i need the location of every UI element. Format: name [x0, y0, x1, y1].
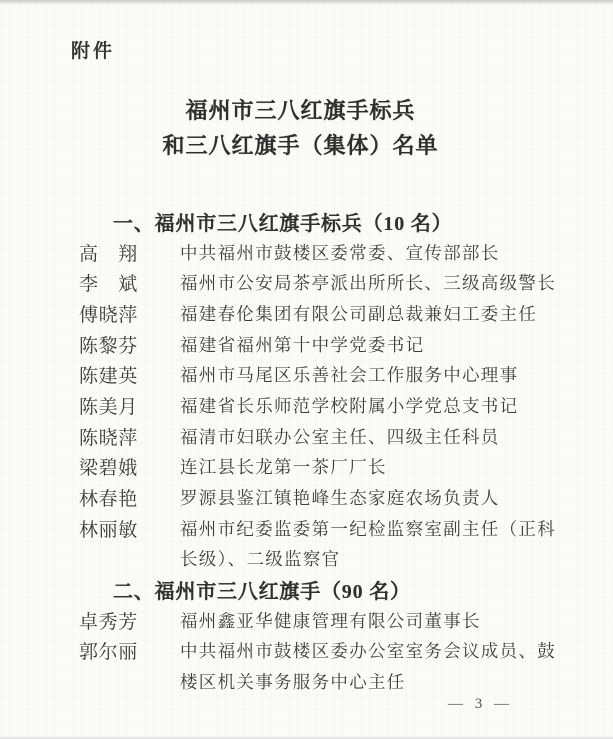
- entry-name: 陈建英: [79, 359, 180, 390]
- entry-name: 梁碧娥: [79, 452, 180, 483]
- list-entry: 林丽敏 福州市纪委监委第一纪检监察室副主任（正科 长级）、二级监察官: [0, 513, 613, 574]
- document-body: 一、福州市三八红旗手标兵（10 名） 高 翔 中共福州市鼓楼区委常委、宣传部部长…: [0, 206, 613, 697]
- page-number: — 3 —: [448, 696, 513, 713]
- entry-name: 傅晓萍: [79, 298, 180, 329]
- entry-description-line: 福州市公安局茶亭派出所所长、三级高级警长: [180, 267, 613, 298]
- document-title: 福州市三八红旗手标兵 和三八红旗手（集体）名单: [0, 93, 607, 163]
- section-2-heading: 二、福州市三八红旗手（90 名）: [0, 574, 613, 605]
- entry-description-line: 福州市马尾区乐善社会工作服务中心理事: [180, 359, 613, 390]
- entry-description-line: 中共福州市鼓楼区委常委、宣传部部长: [180, 237, 613, 268]
- scan-edge-top: [0, 0, 613, 5]
- entry-name: 郭尔丽: [79, 636, 180, 667]
- entry-name: 陈美月: [79, 390, 180, 421]
- entry-description: 福州市公安局茶亭派出所所长、三级高级警长: [180, 267, 613, 298]
- list-entry: 卓秀芳 福州鑫亚华健康管理有限公司董事长: [0, 605, 613, 636]
- entry-description: 福州市纪委监委第一纪检监察室副主任（正科 长级）、二级监察官: [180, 513, 613, 574]
- entry-description: 福清市妇联办公室主任、四级主任科员: [180, 421, 613, 452]
- entry-description: 福州市马尾区乐善社会工作服务中心理事: [180, 359, 613, 390]
- list-entry: 高 翔 中共福州市鼓楼区委常委、宣传部部长: [0, 237, 613, 268]
- document-title-line1: 福州市三八红旗手标兵: [0, 93, 607, 128]
- entry-name: 陈晓萍: [79, 421, 180, 452]
- document-title-line2: 和三八红旗手（集体）名单: [0, 128, 607, 163]
- entry-description-line: 福州鑫亚华健康管理有限公司董事长: [180, 605, 613, 636]
- scanned-document-page: 附件 福州市三八红旗手标兵 和三八红旗手（集体）名单 一、福州市三八红旗手标兵（…: [0, 0, 613, 739]
- entry-name: 卓秀芳: [79, 605, 180, 636]
- entry-description-line: 中共福州市鼓楼区委办公室室务会议成员、鼓: [180, 636, 613, 667]
- list-entry: 梁碧娥 连江县长龙第一茶厂厂长: [0, 452, 613, 483]
- entry-name: 陈黎芬: [79, 329, 180, 360]
- list-entry: 陈美月 福建省长乐师范学校附属小学党总支书记: [0, 390, 613, 421]
- list-entry: 李 斌 福州市公安局茶亭派出所所长、三级高级警长: [0, 267, 613, 298]
- entry-name: 林丽敏: [79, 513, 180, 544]
- entry-description-line: 福清市妇联办公室主任、四级主任科员: [180, 421, 613, 452]
- section-1-heading: 一、福州市三八红旗手标兵（10 名）: [0, 206, 613, 237]
- entry-name: 李 斌: [79, 267, 180, 298]
- entry-description-line: 楼区机关事务服务中心主任: [180, 666, 613, 697]
- list-entry: 林春艳 罗源县鉴江镇艳峰生态家庭农场负责人: [0, 482, 613, 513]
- list-entry: 陈黎芬 福建省福州第十中学党委书记: [0, 329, 613, 360]
- entry-description: 中共福州市鼓楼区委常委、宣传部部长: [180, 237, 613, 268]
- list-entry: 陈建英 福州市马尾区乐善社会工作服务中心理事: [0, 359, 613, 390]
- list-entry: 傅晓萍 福建春伦集团有限公司副总裁兼妇工委主任: [0, 298, 613, 329]
- entry-name: 高 翔: [79, 237, 180, 268]
- entry-description: 福州鑫亚华健康管理有限公司董事长: [180, 605, 613, 636]
- entry-description: 福建省长乐师范学校附属小学党总支书记: [180, 390, 613, 421]
- entry-description: 中共福州市鼓楼区委办公室室务会议成员、鼓 楼区机关事务服务中心主任: [180, 636, 613, 697]
- entry-description-line: 罗源县鉴江镇艳峰生态家庭农场负责人: [180, 482, 613, 513]
- entry-description-line: 福建省长乐师范学校附属小学党总支书记: [180, 390, 613, 421]
- list-entry: 陈晓萍 福清市妇联办公室主任、四级主任科员: [0, 421, 613, 452]
- list-entry: 郭尔丽 中共福州市鼓楼区委办公室室务会议成员、鼓 楼区机关事务服务中心主任: [0, 636, 613, 697]
- entry-description: 福建春伦集团有限公司副总裁兼妇工委主任: [180, 298, 613, 329]
- entry-description: 连江县长龙第一茶厂厂长: [180, 452, 613, 483]
- entry-description-line: 长级）、二级监察官: [180, 544, 613, 575]
- entry-description: 罗源县鉴江镇艳峰生态家庭农场负责人: [180, 482, 613, 513]
- entry-description-line: 连江县长龙第一茶厂厂长: [180, 452, 613, 483]
- entry-description-line: 福州市纪委监委第一纪检监察室副主任（正科: [180, 513, 613, 544]
- entry-description: 福建省福州第十中学党委书记: [180, 329, 613, 360]
- entry-description-line: 福建春伦集团有限公司副总裁兼妇工委主任: [180, 298, 613, 329]
- entry-description-line: 福建省福州第十中学党委书记: [180, 329, 613, 360]
- entry-name: 林春艳: [79, 482, 180, 513]
- attachment-label: 附件: [71, 36, 115, 63]
